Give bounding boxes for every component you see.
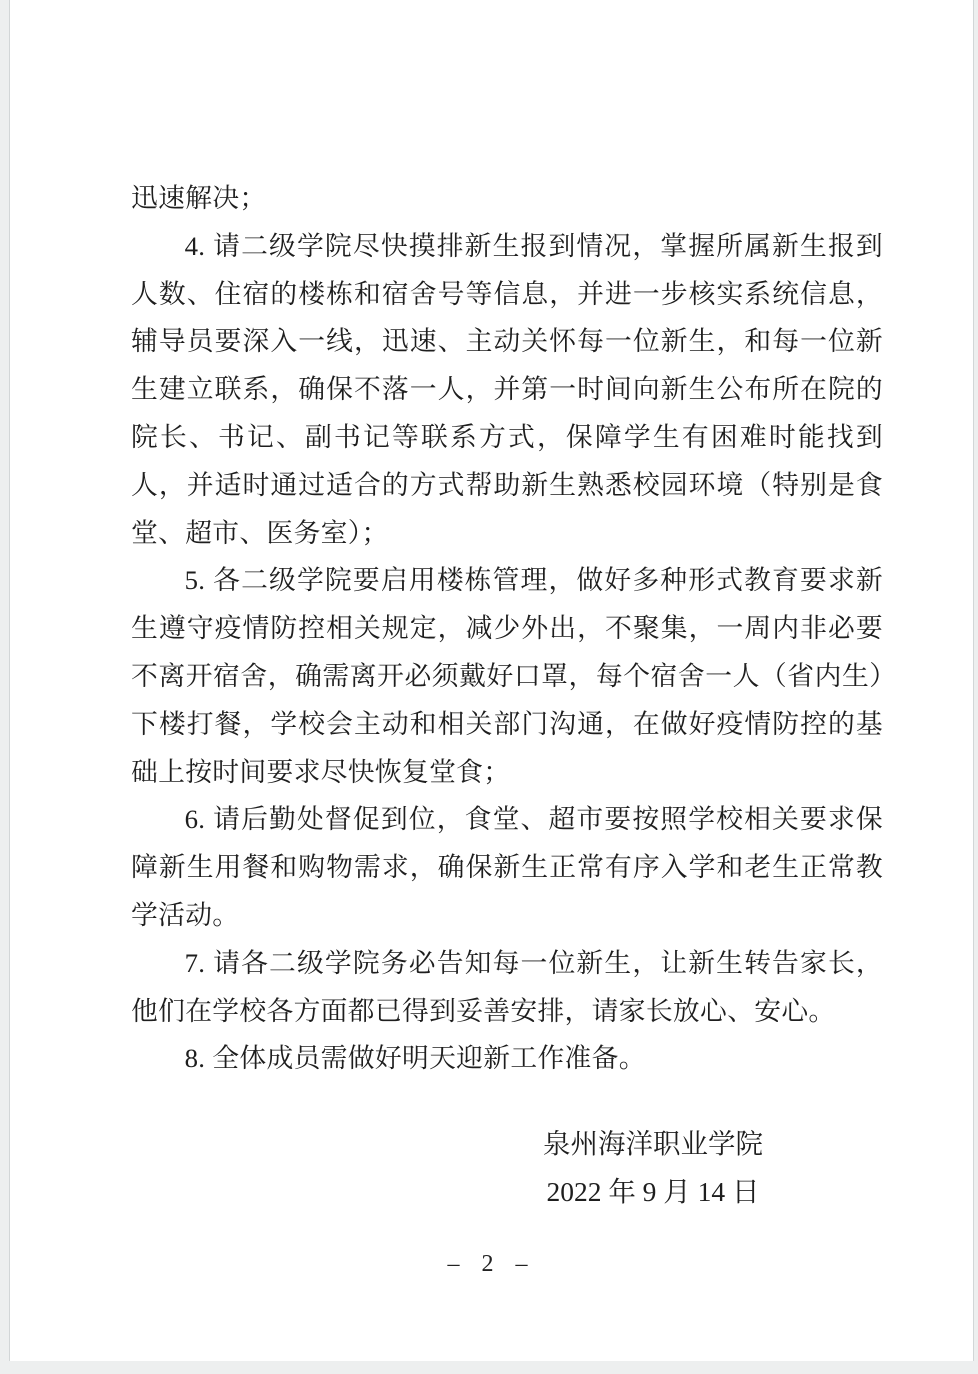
paragraph: 迅速解决；: [131, 175, 883, 223]
paragraph: 6. 请后勤处督促到位，食堂、超市要按照学校相关要求保障新生用餐和购物需求，确保…: [131, 796, 883, 939]
document-page: 迅速解决；4. 请二级学院尽快摸排新生报到情况，掌握所属新生报到人数、住宿的楼栋…: [9, 0, 974, 1361]
paragraph: 5. 各二级学院要启用楼栋管理，做好多种形式教育要求新生遵守疫情防控相关规定，减…: [131, 557, 883, 796]
document-canvas: 迅速解决；4. 请二级学院尽快摸排新生报到情况，掌握所属新生报到人数、住宿的楼栋…: [0, 0, 978, 1374]
signature-block: 泉州海洋职业学院 2022 年 9 月 14 日: [453, 1120, 853, 1216]
paragraph: 8. 全体成员需做好明天迎新工作准备。: [131, 1035, 883, 1083]
page-number: – 2 –: [10, 1250, 973, 1278]
paragraph: 4. 请二级学院尽快摸排新生报到情况，掌握所属新生报到人数、住宿的楼栋和宿舍号等…: [131, 223, 883, 558]
paragraph: 7. 请各二级学院务必告知每一位新生，让新生转告家长，他们在学校各方面都已得到妥…: [131, 940, 883, 1036]
document-body: 迅速解决；4. 请二级学院尽快摸排新生报到情况，掌握所属新生报到人数、住宿的楼栋…: [131, 175, 883, 1083]
signature-date: 2022 年 9 月 14 日: [453, 1168, 853, 1216]
signature-org: 泉州海洋职业学院: [453, 1120, 853, 1168]
